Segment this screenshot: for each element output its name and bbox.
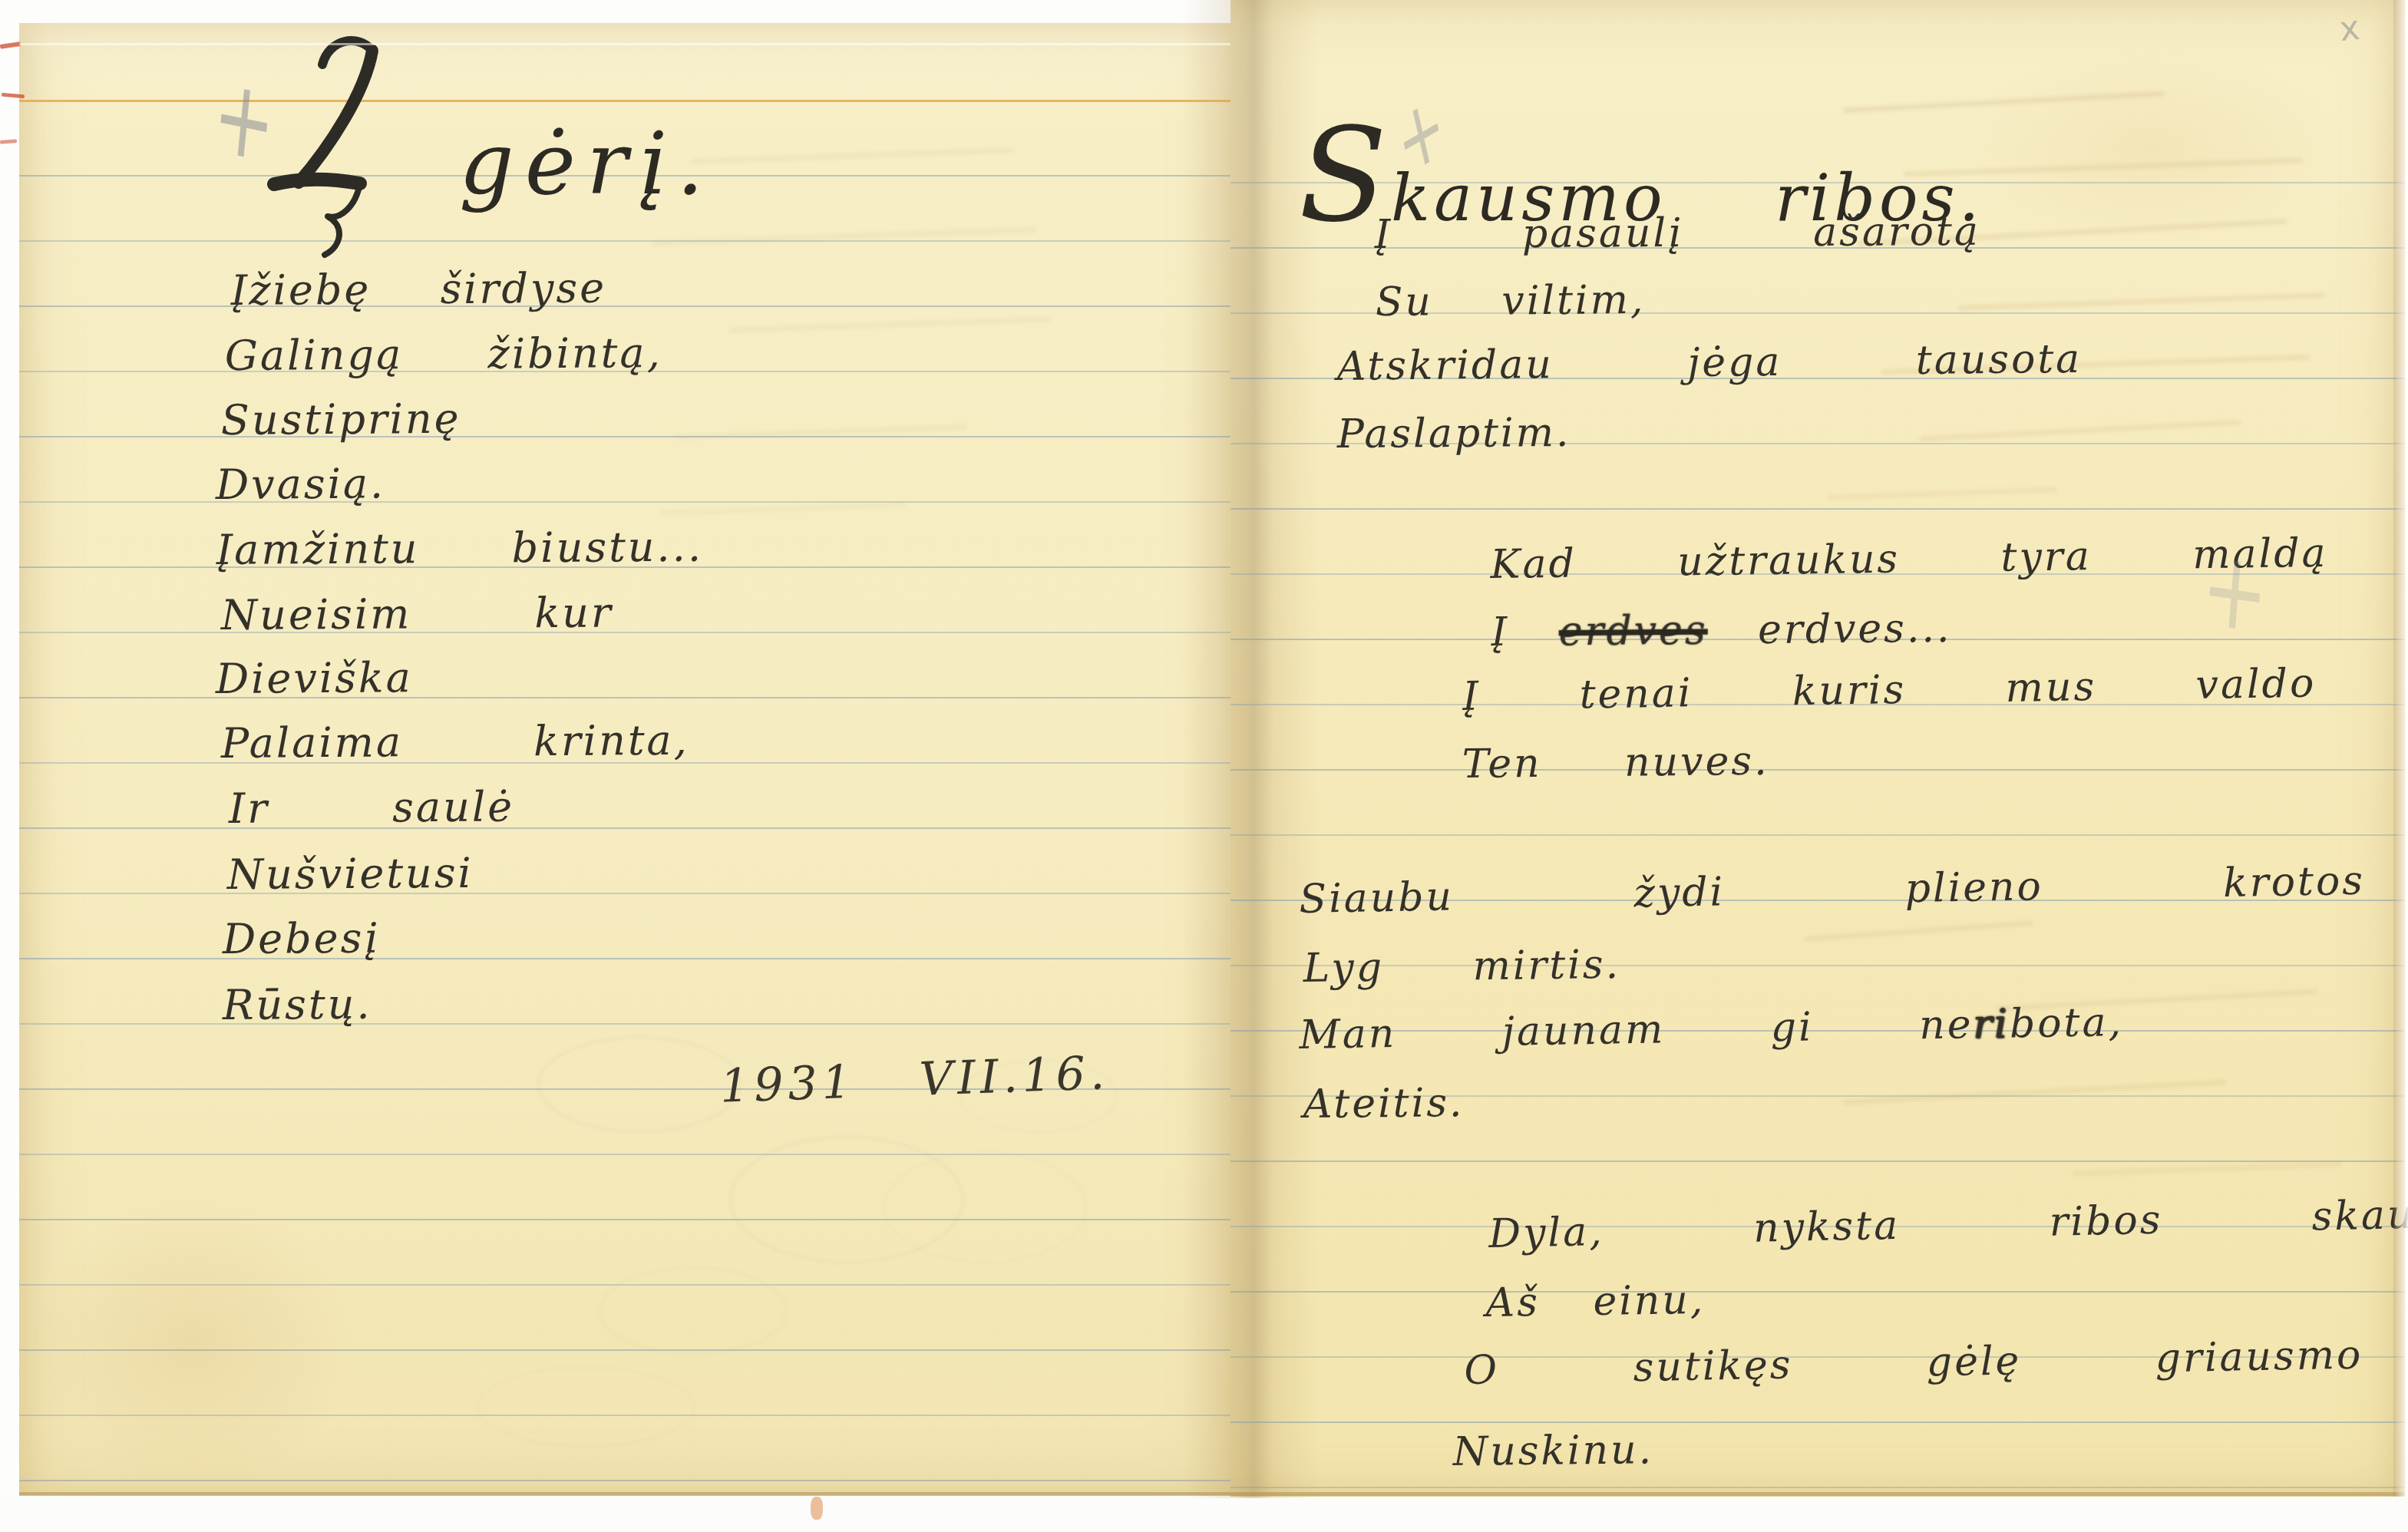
poem-text-segment: Su viltim, bbox=[1376, 277, 1646, 325]
ruled-line bbox=[19, 240, 1230, 242]
right-poem-line: Paslaptim. bbox=[1337, 413, 1571, 454]
left-poem-line: Dieviška bbox=[216, 657, 413, 700]
right-poem-line: Aš einu, bbox=[1485, 1280, 1705, 1323]
left-poem-line: Sustiprinę bbox=[221, 398, 461, 441]
scan-bottom-edge bbox=[0, 1498, 2408, 1532]
ruled-line bbox=[19, 501, 1230, 503]
poem-text-segment: Ten nuves. bbox=[1462, 738, 1769, 787]
ruled-line bbox=[19, 1023, 1230, 1025]
poem-text-segment: Į bbox=[1491, 609, 1560, 655]
right-poem-line: Ateitis. bbox=[1303, 1083, 1465, 1124]
right-poem-line: Nuskinu. bbox=[1452, 1430, 1653, 1472]
ruled-line bbox=[19, 1154, 1230, 1155]
left-poem-line: Nušvietusi bbox=[227, 853, 474, 896]
poem-text-segment: Atskridau jėga tausota bbox=[1336, 336, 2082, 390]
poem-text-segment: ne bbox=[1919, 1002, 1974, 1048]
right-poem-line: Į pasaulį ašarotą bbox=[1374, 212, 1980, 255]
ruled-line bbox=[1230, 834, 2405, 836]
left-poem-line: Įamžintu biustu... bbox=[216, 527, 704, 571]
ruled-line bbox=[1230, 508, 2405, 510]
ruled-line bbox=[1230, 769, 2405, 771]
page-bottom-edge bbox=[19, 1492, 2405, 1496]
scan-right-edge bbox=[2393, 0, 2408, 1497]
ruled-line bbox=[19, 305, 1230, 307]
right-poem-line: Į erdves erdves... bbox=[1491, 609, 1952, 652]
ruled-line bbox=[1230, 1421, 2405, 1423]
ruled-line bbox=[19, 893, 1230, 894]
right-poem-line: Ten nuves. bbox=[1462, 741, 1769, 784]
ruled-line bbox=[19, 827, 1230, 829]
poem-text-segment: Į pasaulį ašarotą bbox=[1374, 209, 1980, 258]
poem-text-segment: Paslaptim. bbox=[1337, 410, 1571, 457]
ruled-line bbox=[1230, 1487, 2405, 1488]
left-poem-line: Dvasią. bbox=[216, 463, 386, 506]
right-poem-line: Su viltim, bbox=[1376, 280, 1646, 322]
poem-text-segment: Ateitis. bbox=[1303, 1080, 1465, 1128]
right-poem-line: Man jaunam gi neribota, bbox=[1299, 1002, 2123, 1055]
left-poem-line: Debesį bbox=[223, 918, 380, 960]
crossed-out-word: erdves bbox=[1559, 608, 1708, 655]
ruled-line bbox=[19, 1284, 1230, 1286]
scan-left-edge bbox=[0, 0, 19, 1532]
left-poem-line: Įžiebę širdyse bbox=[230, 268, 607, 312]
left-poem-line: Galingą žibintą, bbox=[225, 332, 662, 377]
poem-text-segment: Lyg mirtis. bbox=[1303, 942, 1620, 992]
ruled-line bbox=[19, 697, 1230, 698]
ruled-line bbox=[1230, 1161, 2405, 1162]
right-poem-line: Atskridau jėga tausota bbox=[1336, 339, 2082, 387]
overwritten-letters: ri bbox=[1973, 1001, 2010, 1048]
ruled-line bbox=[19, 1415, 1230, 1416]
notebook-scan: gėrį. Įžiebę širdyseGalingą žibintą,Sust… bbox=[0, 0, 2408, 1532]
left-poem-line: Rūstų. bbox=[223, 984, 372, 1026]
right-poem-line: Kad užtraukus tyra maldą bbox=[1490, 533, 2328, 585]
left-poem-title: gėrį. bbox=[459, 121, 715, 207]
ruled-line bbox=[19, 1219, 1230, 1220]
left-title-initial-letter bbox=[251, 32, 401, 262]
ruled-line bbox=[19, 958, 1230, 959]
poem-text-segment: Man jaunam gi bbox=[1299, 1002, 1920, 1058]
paper-crease-line bbox=[19, 43, 1230, 45]
poem-text-segment: Aš einu, bbox=[1485, 1277, 1705, 1326]
ruled-line bbox=[19, 1480, 1230, 1481]
ruled-line bbox=[19, 1349, 1230, 1351]
poem-text-segment: bota, bbox=[2009, 999, 2123, 1047]
ruled-line bbox=[19, 100, 1230, 102]
left-poem-line: Ir saulė bbox=[229, 786, 515, 830]
ruled-line bbox=[19, 436, 1230, 437]
ruled-line bbox=[19, 632, 1230, 633]
left-poem-line: Nueisim kur bbox=[221, 592, 613, 636]
ruled-line bbox=[1230, 1291, 2405, 1293]
left-poem-line: Palaima krinta, bbox=[221, 720, 689, 764]
poem-text-segment: erdves... bbox=[1707, 606, 1951, 654]
right-poem-line: Lyg mirtis. bbox=[1303, 945, 1620, 989]
poem-text-segment: Nuskinu. bbox=[1452, 1427, 1653, 1475]
